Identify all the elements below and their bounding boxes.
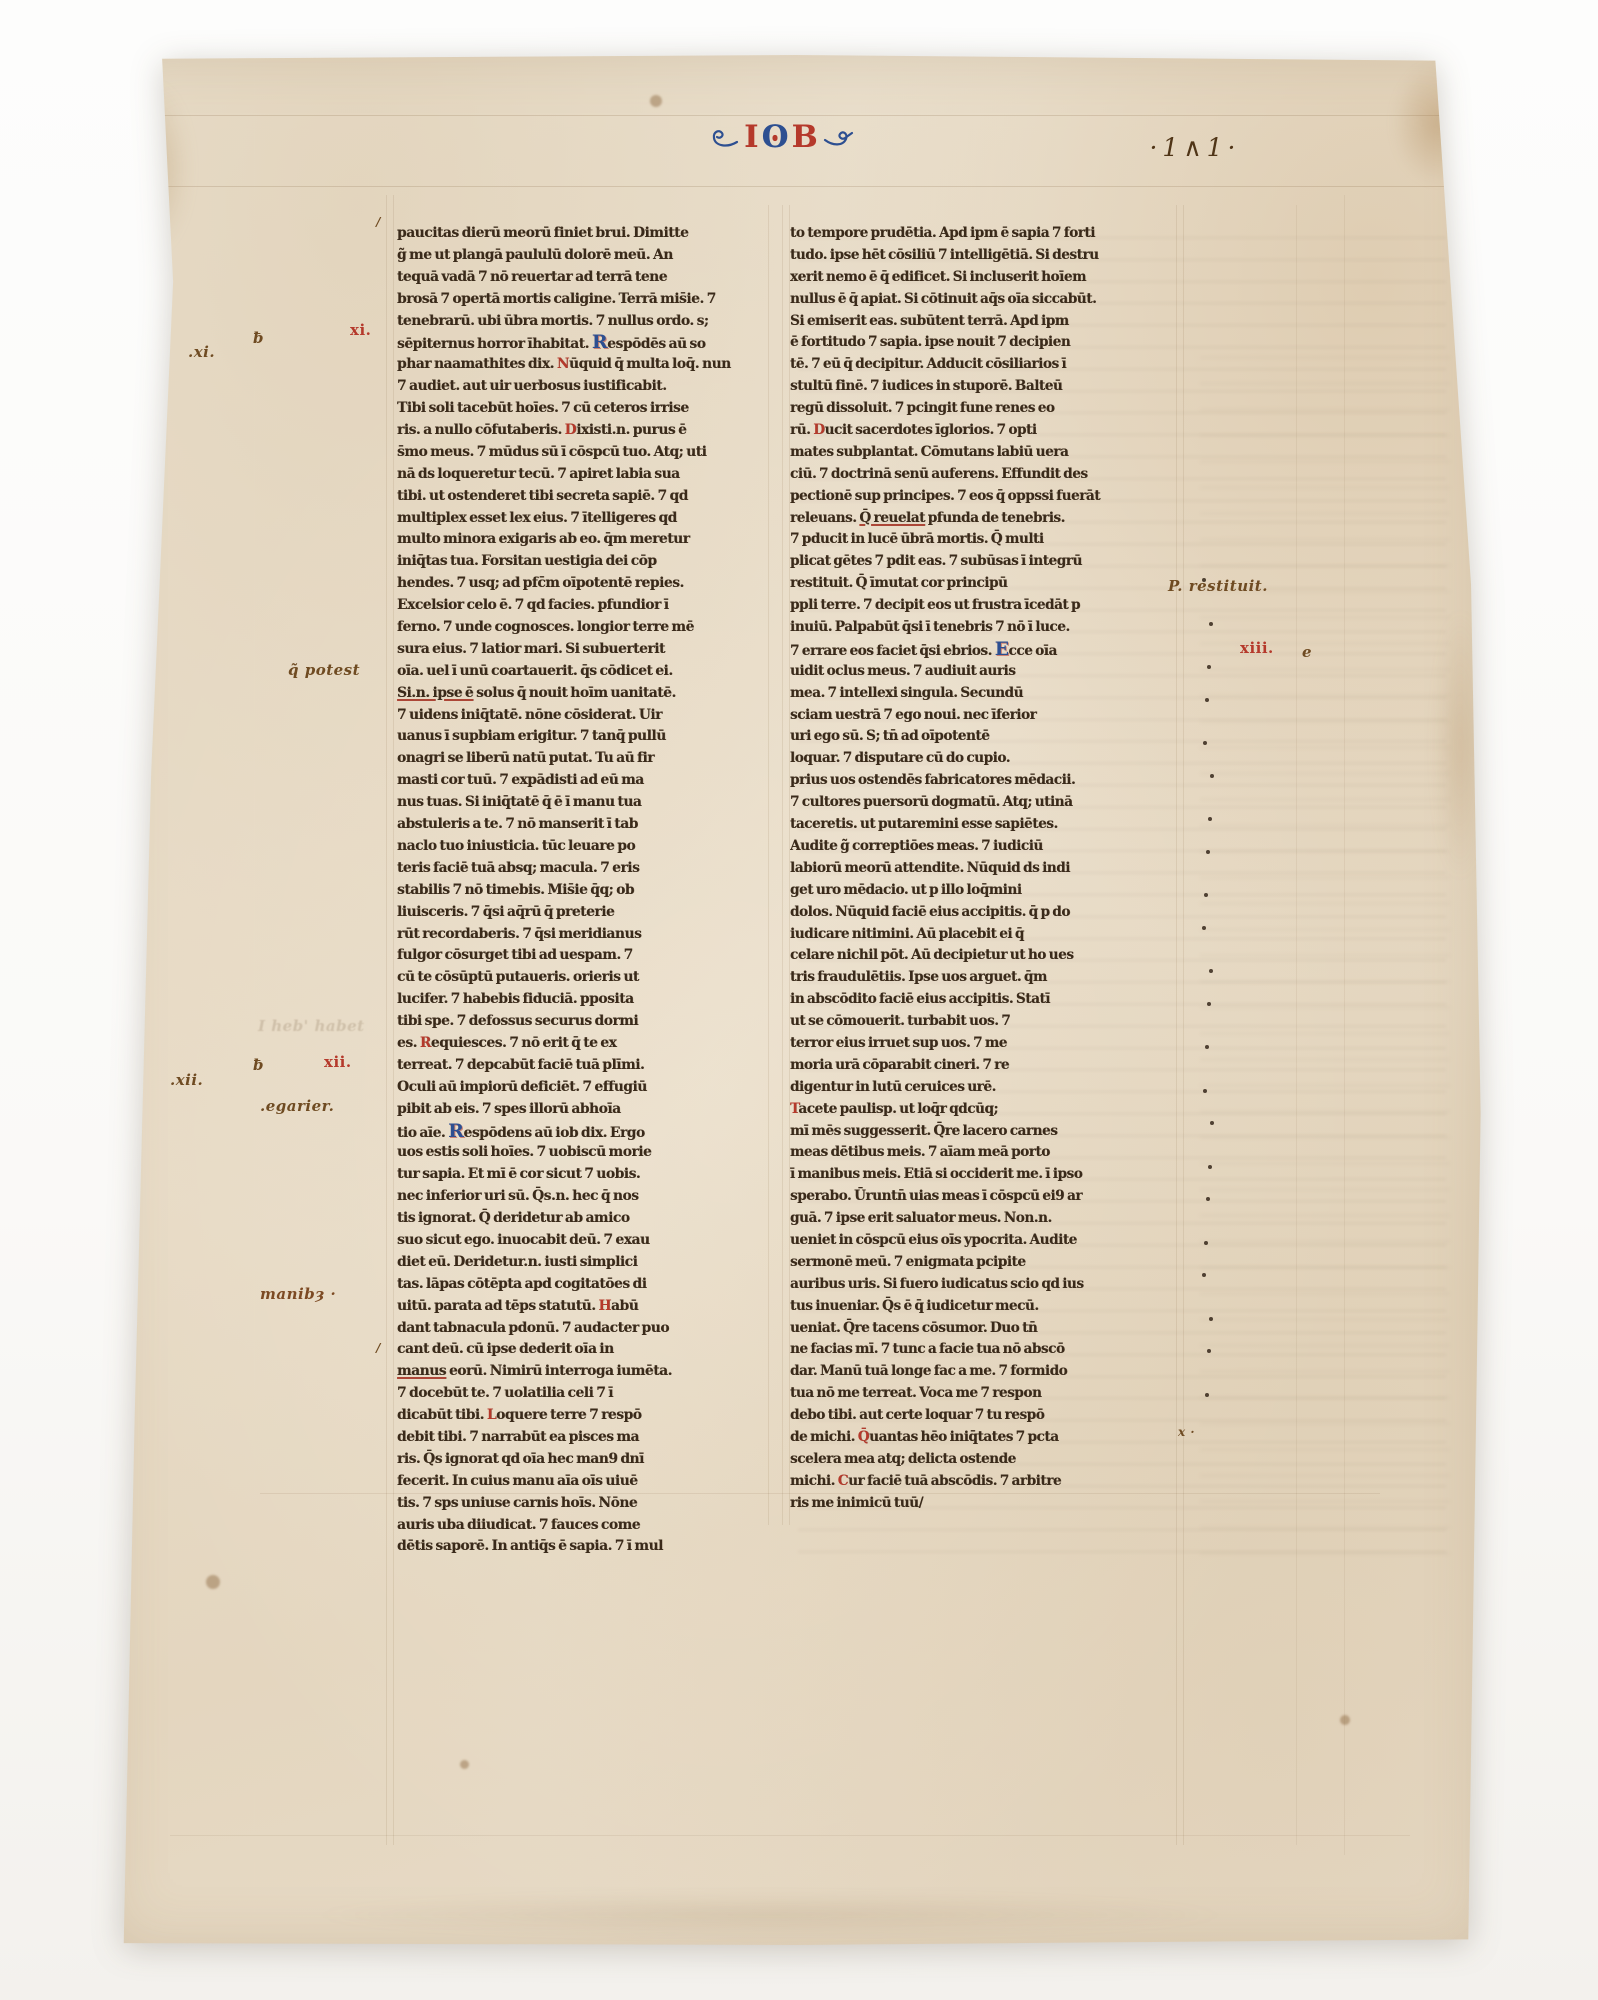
text-line: ut se cōmouerit. turbabit uos. 7 [790, 1011, 1190, 1033]
text-line: scelera mea atq; delicta ostende [790, 1449, 1190, 1471]
text-line: pibit ab eis. 7 spes illorū abhoīa [397, 1099, 769, 1121]
header-letter-o: O [762, 120, 789, 154]
text-line: tequā vadā 7 nō reuertar ad terrā tene [397, 267, 769, 289]
text-line: tibi spe. 7 defossus securus dormi [397, 1011, 769, 1033]
text-line: liuisceris. 7 q̄si aq̄rū q̄ preterie [397, 902, 769, 924]
text-line: Excelsior celo ē. 7 qd facies. pfundior … [397, 595, 769, 617]
text-line: tudo. ipse hēt cōsiliū 7 intelligētiā. S… [790, 245, 1190, 267]
text-line: tris fraudulētiis. Ipse uos arguet. q̄m [790, 967, 1190, 989]
correction-dot [1209, 622, 1213, 626]
margin-note: xii. [324, 1053, 352, 1071]
text-line: ne facias mī. 7 tunc a facie tua nō absc… [790, 1339, 1190, 1361]
decorated-initial: R [448, 1121, 463, 1142]
text-line: s̄mo meus. 7 mūdus sū ī cōspcū tuo. Atq;… [397, 442, 769, 464]
text-line: to tempore prudētia. Apd ipm ē sapia 7 f… [790, 223, 1190, 245]
text-line: phar naamathites dix. Nūquid q̄ multa lo… [397, 354, 769, 376]
decorated-initial: E [995, 639, 1009, 660]
text-line: pectionē sup principes. 7 eos q̄ oppssi … [790, 486, 1190, 508]
correction-dot [1207, 1349, 1211, 1353]
text-line: tis. 7 sps uniuse carnis hoīs. Nōne [397, 1493, 769, 1515]
correction-dot [1206, 850, 1210, 854]
text-line: stabilis 7 nō timebis. Mis̄ie q̄q; ob [397, 880, 769, 902]
correction-dot [1207, 665, 1211, 669]
text-line: michi. Cur faciē tuā abscōdis. 7 arbitre [790, 1471, 1190, 1493]
text-line: 7 audiet. aut uir uerbosus iustificabit. [397, 376, 769, 398]
text-line: ris. a nullo cōfutaberis. Dixisti.n. pur… [397, 420, 769, 442]
text-line: de michi. Q̄uantas hēo iniq̄tates 7 pcta [790, 1427, 1190, 1449]
text-line: xerit nemo ē q̄ edificet. Si incluserit … [790, 267, 1190, 289]
rubricated-underline: Q̄ reuelat [859, 510, 925, 526]
correction-dot [1205, 1393, 1209, 1397]
ink-speck [1340, 1715, 1350, 1725]
rubricated-underline: manus [397, 1363, 446, 1379]
red-capital: N [557, 356, 569, 372]
rubricated-underline: Si.n. ipse ē [397, 685, 473, 701]
text-line: rūt recordaberis. 7 q̄si meridianus [397, 924, 769, 946]
text-line: releuans. Q̄ reuelat pfunda de tenebris. [790, 508, 1190, 530]
text-line: dolos. Nūquid faciē eius accipitis. q̄ p… [790, 902, 1190, 924]
text-line: ppli terre. 7 decipit eos ut frustra īce… [790, 595, 1190, 617]
text-line: guā. 7 ipse erit saluator meus. Non.n. [790, 1208, 1190, 1230]
text-line: onagri se liberū natū putat. Tu aū fir [397, 748, 769, 770]
correction-dot [1203, 741, 1207, 745]
margin-note: P. restituit. [1168, 577, 1268, 595]
text-line: sermonē meū. 7 enigmata pcipite [790, 1252, 1190, 1274]
text-line: plicat gētes 7 pdit eas. 7 subūsas ī int… [790, 551, 1190, 573]
text-line: tur sapia. Et mī ē cor sicut 7 uobis. [397, 1164, 769, 1186]
text-line: digentur in lutū ceruices urē. [790, 1077, 1190, 1099]
text-line: regū dissoluit. 7 pcingit fune renes eo [790, 398, 1190, 420]
text-line: g̃ me ut plangā paululū dolorē meū. An [397, 245, 769, 267]
text-line: diet eū. Deridetur.n. iusti simplici [397, 1252, 769, 1274]
text-line: Tacete paulisp. ut loq̄r qdcūq; [790, 1099, 1190, 1121]
text-line: es. Requiesces. 7 nō erit q̄ te ex [397, 1033, 769, 1055]
text-line: brosā 7 opertā mortis caligine. Terrā mi… [397, 289, 769, 311]
text-line: auribus uris. Si fuero iudicatus scio qd… [790, 1274, 1190, 1296]
corner-stain [1392, 61, 1484, 185]
correction-dot [1204, 1241, 1208, 1245]
text-line: 7 pducit in lucē ūbrā mortis. Q̄ multi [790, 529, 1190, 551]
text-line: tē. 7 eū q̄ decipitur. Adducit cōsiliari… [790, 354, 1190, 376]
red-capital: T [790, 1101, 798, 1117]
red-capital: D [565, 422, 577, 438]
text-line: ī manibus meis. Etiā si occiderit me. ī … [790, 1164, 1190, 1186]
margin-note: q̃ potest [288, 661, 360, 679]
correction-dot [1210, 774, 1214, 778]
text-line: dētis saporē. In antiq̄s ē sapia. 7 ī mu… [397, 1536, 769, 1558]
red-capital: C [838, 1473, 848, 1489]
text-line: taceretis. ut putaremini esse sapiētes. [790, 814, 1190, 836]
header-flourish-left-icon [707, 124, 741, 150]
text-line: uos estis soli hoīes. 7 uobiscū morie [397, 1142, 769, 1164]
correction-dot [1209, 1317, 1213, 1321]
bottom-stain [310, 1893, 1230, 1937]
text-line: manus eorū. Nimirū interroga iumēta. [397, 1361, 769, 1383]
text-line: inuiū. Palpabūt q̄si ī tenebris 7 nō ī l… [790, 617, 1190, 639]
text-line: restituit. Q̄ īmutat cor principū [790, 573, 1190, 595]
margin-note: x · [1178, 1425, 1195, 1439]
correction-dot [1203, 1089, 1207, 1093]
text-line: mī mēs suggesserit. Q̄re lacero carnes [790, 1121, 1190, 1143]
text-line: loquar. 7 disputare cū do cupio. [790, 748, 1190, 770]
header-o-red-center [771, 133, 780, 144]
edge-stain [116, 83, 190, 253]
correction-dot [1208, 817, 1212, 821]
red-capital: Q̄ [858, 1429, 869, 1445]
text-line: ferno. 7 unde cognosces. longior terre m… [397, 617, 769, 639]
text-line: tio aīe. Respōdens aū iob dix. Ergo [397, 1121, 769, 1143]
folio-number: ·1∧1· [1110, 133, 1280, 162]
text-line: terror eius irruet sup uos. 7 me [790, 1033, 1190, 1055]
margin-note: / [376, 1341, 381, 1355]
text-line: tua nō me terreat. Voca me 7 respon [790, 1383, 1190, 1405]
correction-dot [1208, 1165, 1212, 1169]
text-line: sura eius. 7 latior mari. Si subuerterit [397, 639, 769, 661]
text-line: tibi. ut ostenderet tibi secreta sapiē. … [397, 486, 769, 508]
text-line: suo sicut ego. inuocabit deū. 7 exau [397, 1230, 769, 1252]
text-line: Oculi aū impiorū deficiēt. 7 effugiū [397, 1077, 769, 1099]
text-line: uidit oclus meus. 7 audiuit auris [790, 661, 1190, 683]
text-line: meas dētibus meis. 7 aīam meā porto [790, 1142, 1190, 1164]
text-line: sēpiternus horror īhabitat. Respōdēs aū … [397, 332, 769, 354]
header-letter-b: B [792, 120, 818, 154]
text-line: multo minora exigaris ab eo. q̄m meretur [397, 529, 769, 551]
ink-speck [460, 1760, 469, 1769]
text-line: dant tabnacula pdonū. 7 audacter puo [397, 1318, 769, 1340]
text-line: sciam uestrā 7 ego noui. nec īferior [790, 705, 1190, 727]
margin-note: ƀ [253, 1056, 264, 1074]
text-line: lucifer. 7 habebis fiduciā. pposita [397, 989, 769, 1011]
text-line: uri ego sū. S; tn̄ ad oīpotentē [790, 726, 1190, 748]
running-header: I O B [666, 115, 896, 159]
text-line: 7 errare eos faciet q̄si ebrios. Ecce oī… [790, 639, 1190, 661]
text-line: debit tibi. 7 narrabūt ea pisces ma [397, 1427, 769, 1449]
text-line: ris. Q̄s ignorat qd oīa hec man9 dnī [397, 1449, 769, 1471]
text-line: nus tuas. Si iniq̄tatē q̄ ē ī manu tua [397, 792, 769, 814]
text-line: debo tibi. aut certe loquar 7 tu respō [790, 1405, 1190, 1427]
correction-dot [1202, 926, 1206, 930]
ink-speck [206, 1575, 220, 1589]
text-line: tas. lāpas cōtēpta apd cogitatōes di [397, 1274, 769, 1296]
red-capital: D [813, 422, 824, 438]
red-capital: L [487, 1407, 496, 1423]
margin-note: e [1302, 643, 1312, 661]
text-line: in abscōdito faciē eius accipitis. Statī [790, 989, 1190, 1011]
correction-dot [1205, 1045, 1209, 1049]
text-line: Si emiserit eas. subūtent terrā. Apd ipm [790, 311, 1190, 333]
text-line: dicabūt tibi. Loquere terre 7 respō [397, 1405, 769, 1427]
text-line: teris faciē tuā absq; macula. 7 eris [397, 858, 769, 880]
header-letter-i: I [744, 120, 759, 154]
text-line: nec inferior uri sū. Q̄s.n. hec q̄ nos [397, 1186, 769, 1208]
margin-note: .egarier. [260, 1097, 334, 1115]
text-line: ris me inimicū tuū/ [790, 1493, 1190, 1515]
text-line: hendes. 7 usq; ad pfc̄m oīpotentē repies… [397, 573, 769, 595]
text-line: Si.n. ipse ē solus q̄ nouit hoīm uanitat… [397, 683, 769, 705]
text-line: celare nichil pōt. Aū decipietur ut ho u… [790, 945, 1190, 967]
text-line: cū te cōsūptū putaueris. orieris ut [397, 967, 769, 989]
correction-dot [1202, 578, 1206, 582]
text-line: 7 uidens iniq̄tatē. nōne cōsiderat. Uir [397, 705, 769, 727]
text-line: Tibi soli tacebūt hoīes. 7 cū ceteros ir… [397, 398, 769, 420]
text-line: masti cor tuū. 7 expādisti ad eū ma [397, 770, 769, 792]
text-line: fulgor cōsurget tibi ad uespam. 7 [397, 945, 769, 967]
text-line: ē fortitudo 7 sapia. ipse nouit 7 decipi… [790, 332, 1190, 354]
text-line: ciū. 7 doctrinā senū auferens. Effundit … [790, 464, 1190, 486]
text-line: tis ignorat. Q̄ deridetur ab amico [397, 1208, 769, 1230]
text-line: dar. Manū tuā longe fac a me. 7 formido [790, 1361, 1190, 1383]
text-line: naclo tuo iniusticia. tūc leuare po [397, 836, 769, 858]
show-through-ghost-margin [1200, 355, 1450, 1555]
text-line: fecerit. In cuius manu aīa oīs uiuē [397, 1471, 769, 1493]
correction-dot [1204, 893, 1208, 897]
text-line: auris uba diiudicat. 7 fauces come [397, 1515, 769, 1537]
text-line: prius uos ostendēs fabricatores mēdacii. [790, 770, 1190, 792]
text-line: get uro mēdacio. ut p illo loq̄mini [790, 880, 1190, 902]
correction-dot [1209, 969, 1213, 973]
text-column-right: to tempore prudētia. Apd ipm ē sapia 7 f… [790, 223, 1190, 1515]
ink-speck [650, 95, 662, 107]
text-line: iudicare nitimini. Aū placebit ei q̄ [790, 924, 1190, 946]
text-line: mates subplantat. Cōmutans labiū uera [790, 442, 1190, 464]
text-line: abstuleris a te. 7 nō manserit ī tab [397, 814, 769, 836]
red-capital: H [598, 1298, 611, 1314]
text-line: uanus ī supbiam erigitur. 7 tanq̄ pullū [397, 726, 769, 748]
margin-note: .xii. [170, 1071, 203, 1089]
text-line: rū. Ducit sacerdotes īglorios. 7 opti [790, 420, 1190, 442]
text-line: tus inueniar. Q̄s ē q̄ iudicetur mecū. [790, 1296, 1190, 1318]
text-line: 7 cultores puersorū dogmatū. Atq; utinā [790, 792, 1190, 814]
text-line: multiplex esset lex eius. 7 ītelligeres … [397, 508, 769, 530]
right-edge-stain [1436, 610, 1484, 880]
text-line: terreat. 7 depcabūt faciē tuā plīmi. [397, 1055, 769, 1077]
manuscript-leaf: I O B ·1∧1· paucitas dierū meorū finiet … [110, 55, 1482, 1945]
text-line: 7 docebūt te. 7 uolatilia celi 7 ī [397, 1383, 769, 1405]
photo-background: I O B ·1∧1· paucitas dierū meorū finiet … [0, 0, 1598, 2000]
text-line: uitū. parata ad tēps statutū. Habū [397, 1296, 769, 1318]
text-line: sperabo. Ūruntn̄ uias meas ī cōspcū ei9 … [790, 1186, 1190, 1208]
text-line: ueniat. Q̄re tacens cōsumor. Duo tn̄ [790, 1318, 1190, 1340]
header-flourish-right-icon [821, 124, 855, 150]
text-line: stultū finē. 7 iudices in stuporē. Balte… [790, 376, 1190, 398]
correction-dot [1206, 1197, 1210, 1201]
text-line: nullus ē q̄ apiat. Si cōtinuit aq̄s oīa … [790, 289, 1190, 311]
margin-note: xi. [350, 321, 371, 339]
text-line: labiorū meorū attendite. Nūquid ds indi [790, 858, 1190, 880]
text-column-left: paucitas dierū meorū finiet brui. Dimitt… [397, 223, 769, 1558]
margin-note: xiii. [1240, 639, 1274, 657]
margin-note: .xi. [188, 343, 215, 361]
text-line: nā ds loqueretur tecū. 7 apiret labia su… [397, 464, 769, 486]
margin-note: manibȝ · [260, 1285, 336, 1303]
text-line: oīa. uel ī unū coartauerit. q̄s cōdicet … [397, 661, 769, 683]
text-line: iniq̄tas tua. Forsitan uestigia dei cōp [397, 551, 769, 573]
manuscript-leaf-wrap: I O B ·1∧1· paucitas dierū meorū finiet … [110, 55, 1482, 1945]
text-line: moria urā cōparabit cineri. 7 re [790, 1055, 1190, 1077]
text-line: tenebrarū. ubi ūbra mortis. 7 nullus ord… [397, 311, 769, 333]
correction-dot [1210, 1121, 1214, 1125]
decorated-initial: R [592, 332, 607, 353]
margin-note: I heb' habet [258, 1017, 365, 1035]
text-line: Audite g̃ correptiōes meas. 7 iudiciū [790, 836, 1190, 858]
text-line: cant deū. cū ipse dederit oīa in [397, 1339, 769, 1361]
red-capital: R [420, 1035, 431, 1051]
correction-dot [1207, 1002, 1211, 1006]
correction-dot [1205, 698, 1209, 702]
margin-note: ƀ [253, 329, 264, 347]
correction-dot [1202, 1273, 1206, 1277]
text-line: ueniet in cōspcū eius oīs ypocrita. Audi… [790, 1230, 1190, 1252]
text-line: paucitas dierū meorū finiet brui. Dimitt… [397, 223, 769, 245]
text-line: mea. 7 intellexi singula. Secundū [790, 683, 1190, 705]
margin-note: / [376, 215, 381, 229]
